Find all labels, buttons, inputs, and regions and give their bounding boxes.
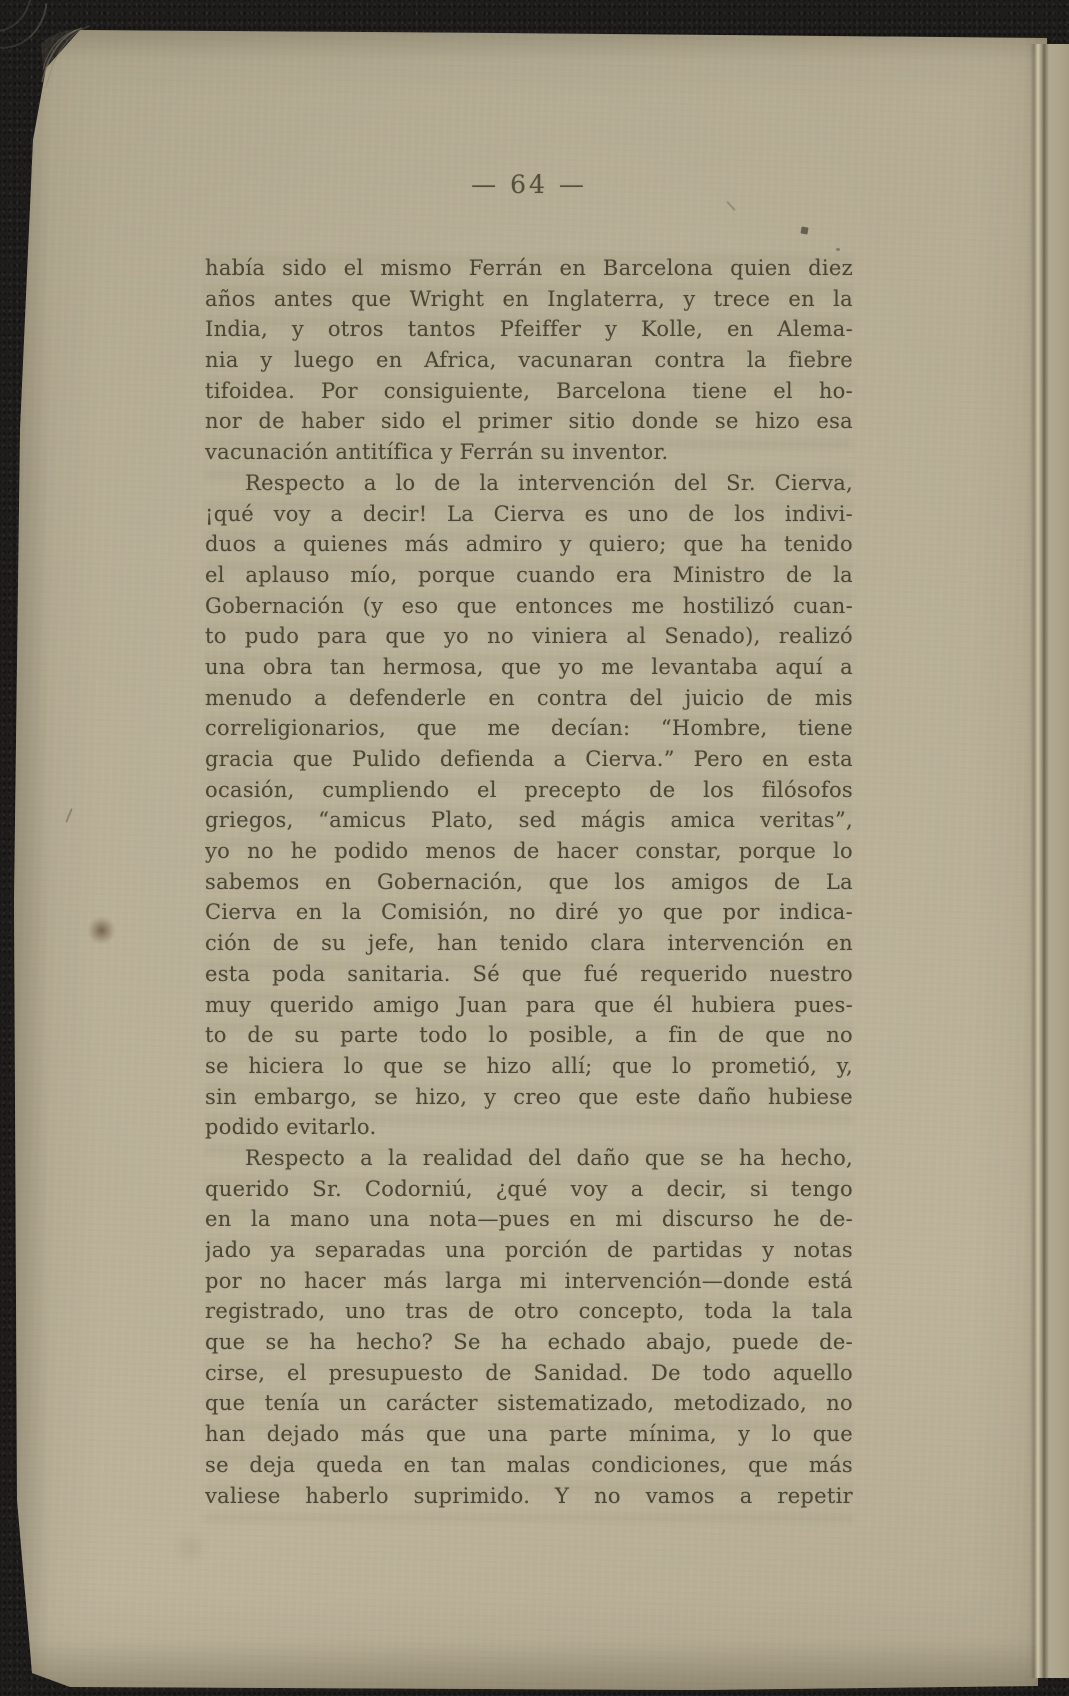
adjacent-page-edge (1030, 44, 1069, 1678)
text-line: India, y otros tantos Pfeiffer y Kolle, … (205, 314, 853, 345)
text-line: años antes que Wright en Inglaterra, y t… (205, 284, 853, 315)
text-line: han dejado más que una parte mínima, y l… (205, 1419, 853, 1450)
page-number: — 64 — (205, 170, 853, 199)
text-line: muy querido amigo Juan para que él hubie… (205, 990, 853, 1021)
text-line: querido Sr. Codorniú, ¿qué voy a decir, … (205, 1174, 853, 1205)
text-line: sabemos en Gobernación, que los amigos d… (205, 867, 853, 898)
text-line: que se ha hecho? Se ha echado abajo, pue… (205, 1327, 853, 1358)
text-line: que tenía un carácter sistematizado, met… (205, 1388, 853, 1419)
text-line: una obra tan hermosa, que yo me levantab… (205, 652, 853, 683)
ink-speck (800, 226, 808, 234)
text-line: podido evitarlo. (205, 1112, 853, 1143)
text-line: gracia que Pulido defienda a Cierva.” Pe… (205, 744, 853, 775)
text-line: vacunación antitífica y Ferrán su invent… (205, 437, 853, 468)
text-line: yo no he podido menos de hacer constar, … (205, 836, 853, 867)
text-line: jado ya separadas una porción de partida… (205, 1235, 853, 1266)
text-line: griegos, “amicus Plato, sed mágis amica … (205, 805, 853, 836)
text-line: sin embargo, se hizo, y creo que este da… (205, 1082, 853, 1113)
text-line: ¡qué voy a decir! La Cierva es uno de lo… (205, 499, 853, 530)
text-line: por no hacer más larga mi intervención—d… (205, 1266, 853, 1297)
text-line: se deja queda en tan malas condiciones, … (205, 1450, 853, 1481)
ink-speck (836, 248, 840, 251)
text-line: había sido el mismo Ferrán en Barcelona … (205, 253, 853, 284)
text-line: Cierva en la Comisión, no diré yo que po… (205, 897, 853, 928)
text-line: to de su parte todo lo posible, a fin de… (205, 1020, 853, 1051)
text-line: valiese haberlo suprimido. Y no vamos a … (205, 1481, 853, 1512)
text-line: menudo a defenderle en contra del juicio… (205, 683, 853, 714)
text-line: Respecto a la realidad del daño que se h… (205, 1143, 853, 1174)
text-line: duos a quienes más admiro y quiero; que … (205, 529, 853, 560)
text-line: ocasión, cumpliendo el precepto de los f… (205, 775, 853, 806)
text-line: cirse, el presupuesto de Sanidad. De tod… (205, 1358, 853, 1389)
text-line: nor de haber sido el primer sitio donde … (205, 406, 853, 437)
text-line: ción de su jefe, han tenido clara interv… (205, 928, 853, 959)
text-line: Respecto a lo de la intervención del Sr.… (205, 468, 853, 499)
text-line: registrado, uno tras de otro concepto, t… (205, 1296, 853, 1327)
stain-spot (88, 917, 115, 944)
page-text: había sido el mismo Ferrán en Barcelona … (205, 253, 853, 1511)
text-line: Gobernación (y eso que entonces me hosti… (205, 591, 853, 622)
text-line: esta poda sanitaria. Sé que fué requerid… (205, 959, 853, 990)
text-line: el aplauso mío, porque cuando era Minist… (205, 560, 853, 591)
scanned-document: { "colors": { "scan_bed": "#1e1d1b", "pa… (0, 0, 1069, 1696)
text-line: tifoidea. Por consiguiente, Barcelona ti… (205, 376, 853, 407)
text-line: en la mano una nota—pues en mi discurso … (205, 1204, 853, 1235)
text-line: nia y luego en Africa, vacunaran contra … (205, 345, 853, 376)
text-line: se hiciera lo que se hizo allí; que lo p… (205, 1051, 853, 1082)
dog-ear-crease (30, 20, 120, 120)
text-line: to pudo para que yo no viniera al Senado… (205, 621, 853, 652)
stain-spot (172, 1532, 208, 1564)
text-line: correligionarios, que me decían: “Hombre… (205, 713, 853, 744)
